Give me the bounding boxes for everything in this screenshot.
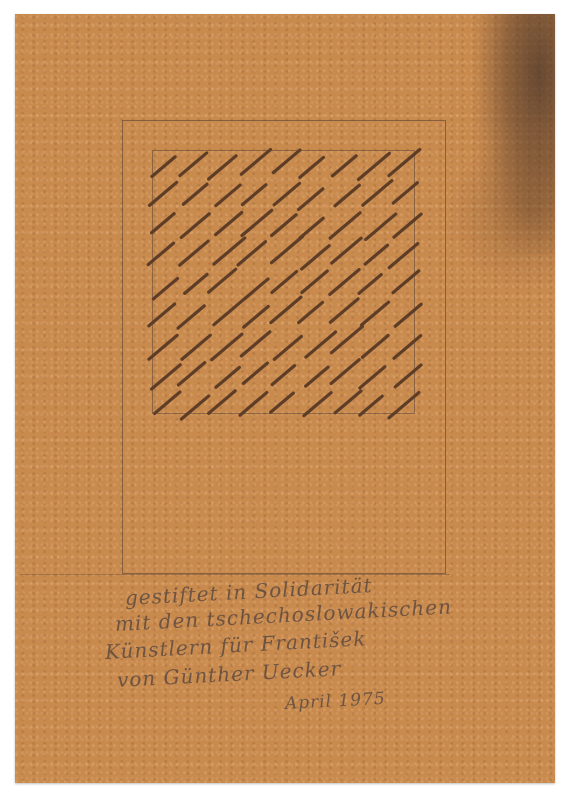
nail — [394, 214, 421, 237]
nail — [185, 274, 207, 293]
nail — [395, 304, 421, 326]
nail — [363, 181, 392, 206]
nail — [180, 241, 208, 265]
nail — [244, 306, 269, 327]
nail — [393, 183, 417, 203]
nail — [389, 149, 420, 175]
nail — [300, 157, 324, 177]
nail — [332, 156, 356, 176]
nail — [149, 304, 175, 326]
handwritten-inscription: gestiftet in Solidarität mit den tschech… — [95, 586, 525, 726]
nail — [272, 366, 294, 385]
nail — [332, 326, 363, 352]
nail — [335, 185, 359, 206]
nail — [302, 246, 329, 269]
nail — [212, 334, 242, 360]
nail — [149, 335, 177, 359]
nail — [209, 391, 236, 413]
nail — [272, 236, 303, 262]
nail — [358, 153, 389, 179]
inscription-date: April 1975 — [284, 689, 386, 714]
nail — [214, 299, 245, 325]
nail — [209, 156, 236, 179]
nail — [155, 392, 180, 413]
nail — [330, 270, 359, 295]
nail — [360, 367, 385, 388]
nail — [272, 215, 297, 236]
nail — [393, 271, 419, 293]
nail — [335, 391, 361, 413]
hardboard-panel: gestiftet in Solidarität mit den tschech… — [15, 14, 555, 783]
nail — [271, 297, 301, 322]
nail — [241, 150, 270, 175]
nail — [245, 279, 268, 299]
nail — [240, 393, 267, 416]
nail — [389, 393, 419, 418]
nail — [304, 393, 331, 416]
nail — [332, 238, 361, 263]
nail — [241, 332, 269, 356]
nail — [360, 396, 382, 415]
nail — [242, 185, 265, 205]
nail — [150, 182, 177, 205]
nail — [331, 360, 359, 384]
nail — [182, 335, 210, 359]
nail — [299, 189, 323, 210]
nail — [299, 302, 323, 322]
nail — [214, 238, 245, 264]
nail — [178, 306, 204, 328]
nail — [330, 213, 360, 238]
nail — [153, 278, 177, 298]
nail — [216, 185, 240, 205]
nail — [178, 363, 204, 385]
nail — [365, 245, 387, 264]
nail — [242, 210, 272, 235]
nail — [243, 363, 267, 383]
nail — [274, 336, 301, 359]
nail — [180, 153, 207, 176]
nail — [306, 367, 328, 386]
nail — [330, 299, 358, 322]
nail — [181, 214, 209, 238]
nail — [183, 184, 207, 204]
nail — [359, 275, 381, 294]
nail — [216, 367, 240, 387]
nail — [209, 269, 236, 292]
nail — [394, 336, 421, 359]
nail — [271, 393, 294, 412]
nail — [273, 150, 300, 173]
nail — [272, 272, 297, 293]
nail — [274, 183, 299, 204]
nail — [389, 244, 417, 268]
nail — [238, 242, 265, 265]
nail — [362, 302, 389, 325]
nail — [152, 365, 181, 389]
nail — [302, 271, 327, 292]
nail — [152, 214, 175, 233]
nail — [148, 243, 173, 264]
nail — [366, 214, 396, 239]
nail — [362, 336, 388, 358]
nail — [181, 396, 208, 419]
nail — [152, 157, 175, 177]
nail — [216, 213, 242, 235]
nail — [395, 365, 421, 387]
